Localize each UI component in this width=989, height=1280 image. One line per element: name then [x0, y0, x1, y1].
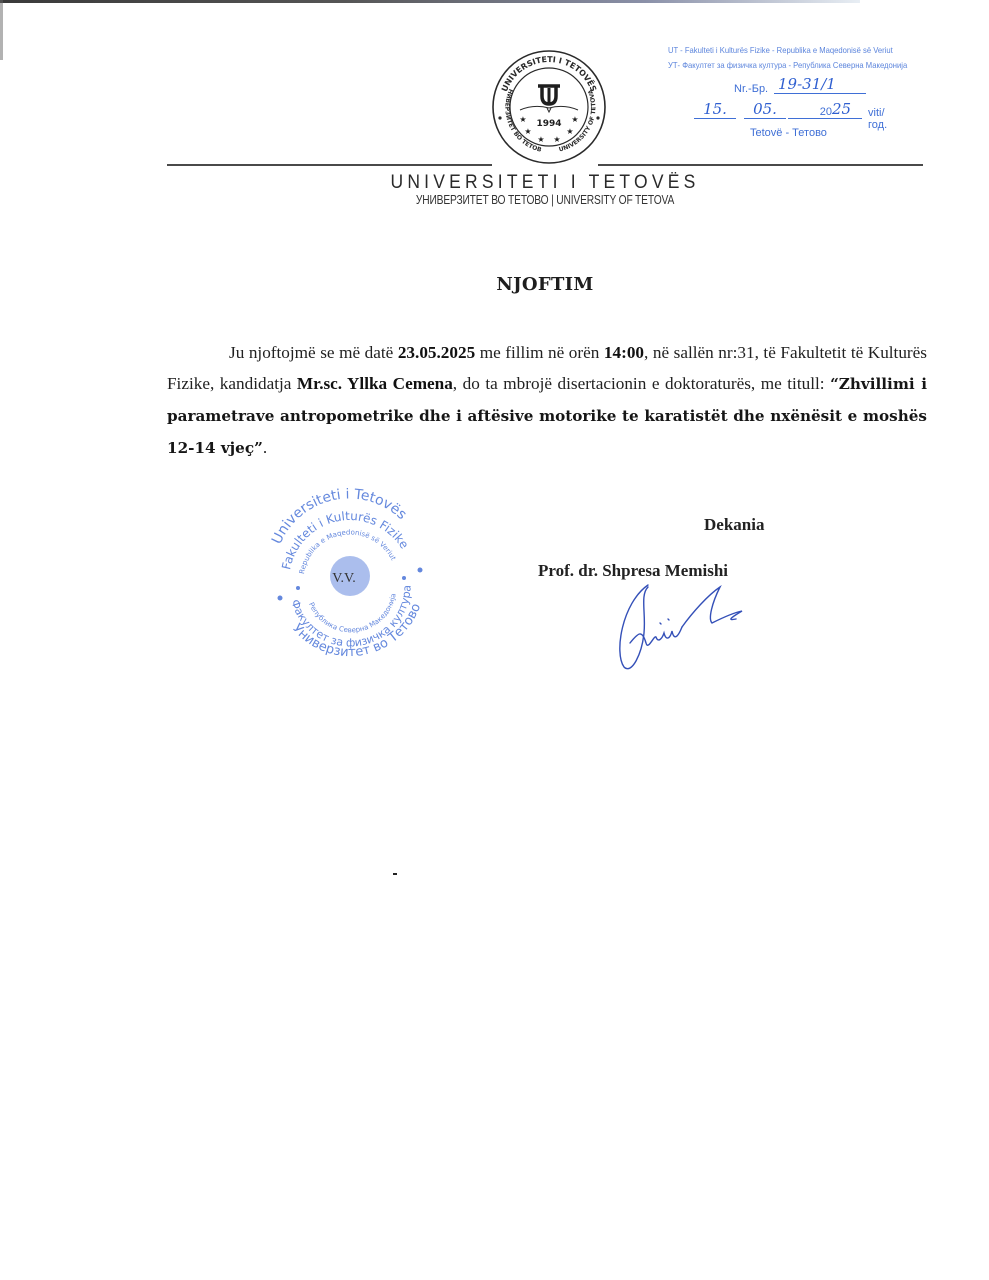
registry-date-day: 15.	[694, 100, 736, 119]
svg-text:1994: 1994	[536, 119, 561, 129]
header-rule-right	[598, 164, 923, 166]
candidate-name: Mr.sc. Yllka Cemena	[297, 374, 453, 393]
university-name: UNIVERSITETI I TETOVËS	[44, 172, 989, 194]
handwritten-signature-icon	[612, 583, 772, 675]
body-text-segment: Ju njoftojmë se më datë	[229, 343, 398, 362]
registry-stamp-line1: UT - Fakulteti i Kulturës Fizike - Repub…	[668, 45, 911, 55]
registry-year-label: viti/год.	[868, 107, 892, 131]
svg-text:V.V.: V.V.	[332, 571, 356, 586]
university-emblem-icon: UNIVERSITETI I TETOVËS УНИВЕРЗИТЕТ ВО ТЕ…	[490, 48, 608, 166]
body-text-segment: me fillim në orën	[475, 343, 604, 362]
header-rule-left	[167, 164, 492, 166]
notice-title: NJOFTIM	[0, 274, 989, 295]
body-text-segment: .	[263, 438, 267, 457]
defense-time: 14:00	[604, 343, 644, 362]
registry-year-prefix: 20	[788, 106, 832, 119]
registry-number-value: 19-31/1	[774, 75, 866, 94]
notice-body: Ju njoftojmë se më datë 23.05.2025 me fi…	[167, 337, 927, 464]
registry-stamp-line2: УТ- Факултет за физичка култура - Републ…	[668, 60, 911, 70]
body-text-segment: , do ta mbrojë disertacionin e doktoratu…	[453, 374, 830, 393]
official-round-stamp-icon: Universiteti i Tetovës Fakulteti i Kultu…	[258, 488, 438, 664]
registry-date-month: 05.	[744, 100, 786, 119]
svg-text:★: ★	[553, 135, 560, 144]
signatory-office: Dekania	[704, 515, 764, 535]
svg-text:★: ★	[571, 115, 578, 124]
registry-year-suffix: 25	[832, 100, 862, 119]
registry-number-label: Nr.-Бр.	[734, 83, 768, 95]
defense-date: 23.05.2025	[398, 343, 475, 362]
svg-text:★: ★	[566, 127, 573, 136]
scan-speck	[393, 873, 397, 875]
university-subtitle: УНИВЕРЗИТЕТ ВО ТЕТОВО | UNIVERSITY OF TE…	[98, 193, 989, 207]
registry-city: Tetovë - Тетово	[750, 127, 827, 139]
scan-edge-line	[0, 0, 860, 3]
scan-edge-mark	[0, 0, 3, 60]
svg-text:★: ★	[537, 135, 544, 144]
notice-paragraph: Ju njoftojmë se më datë 23.05.2025 me fi…	[167, 337, 927, 464]
svg-text:★: ★	[519, 115, 526, 124]
registry-stamp: UT - Fakulteti i Kulturës Fizike - Repub…	[668, 45, 938, 70]
svg-text:★: ★	[524, 127, 531, 136]
signatory-name: Prof. dr. Shpresa Memishi	[538, 561, 728, 581]
